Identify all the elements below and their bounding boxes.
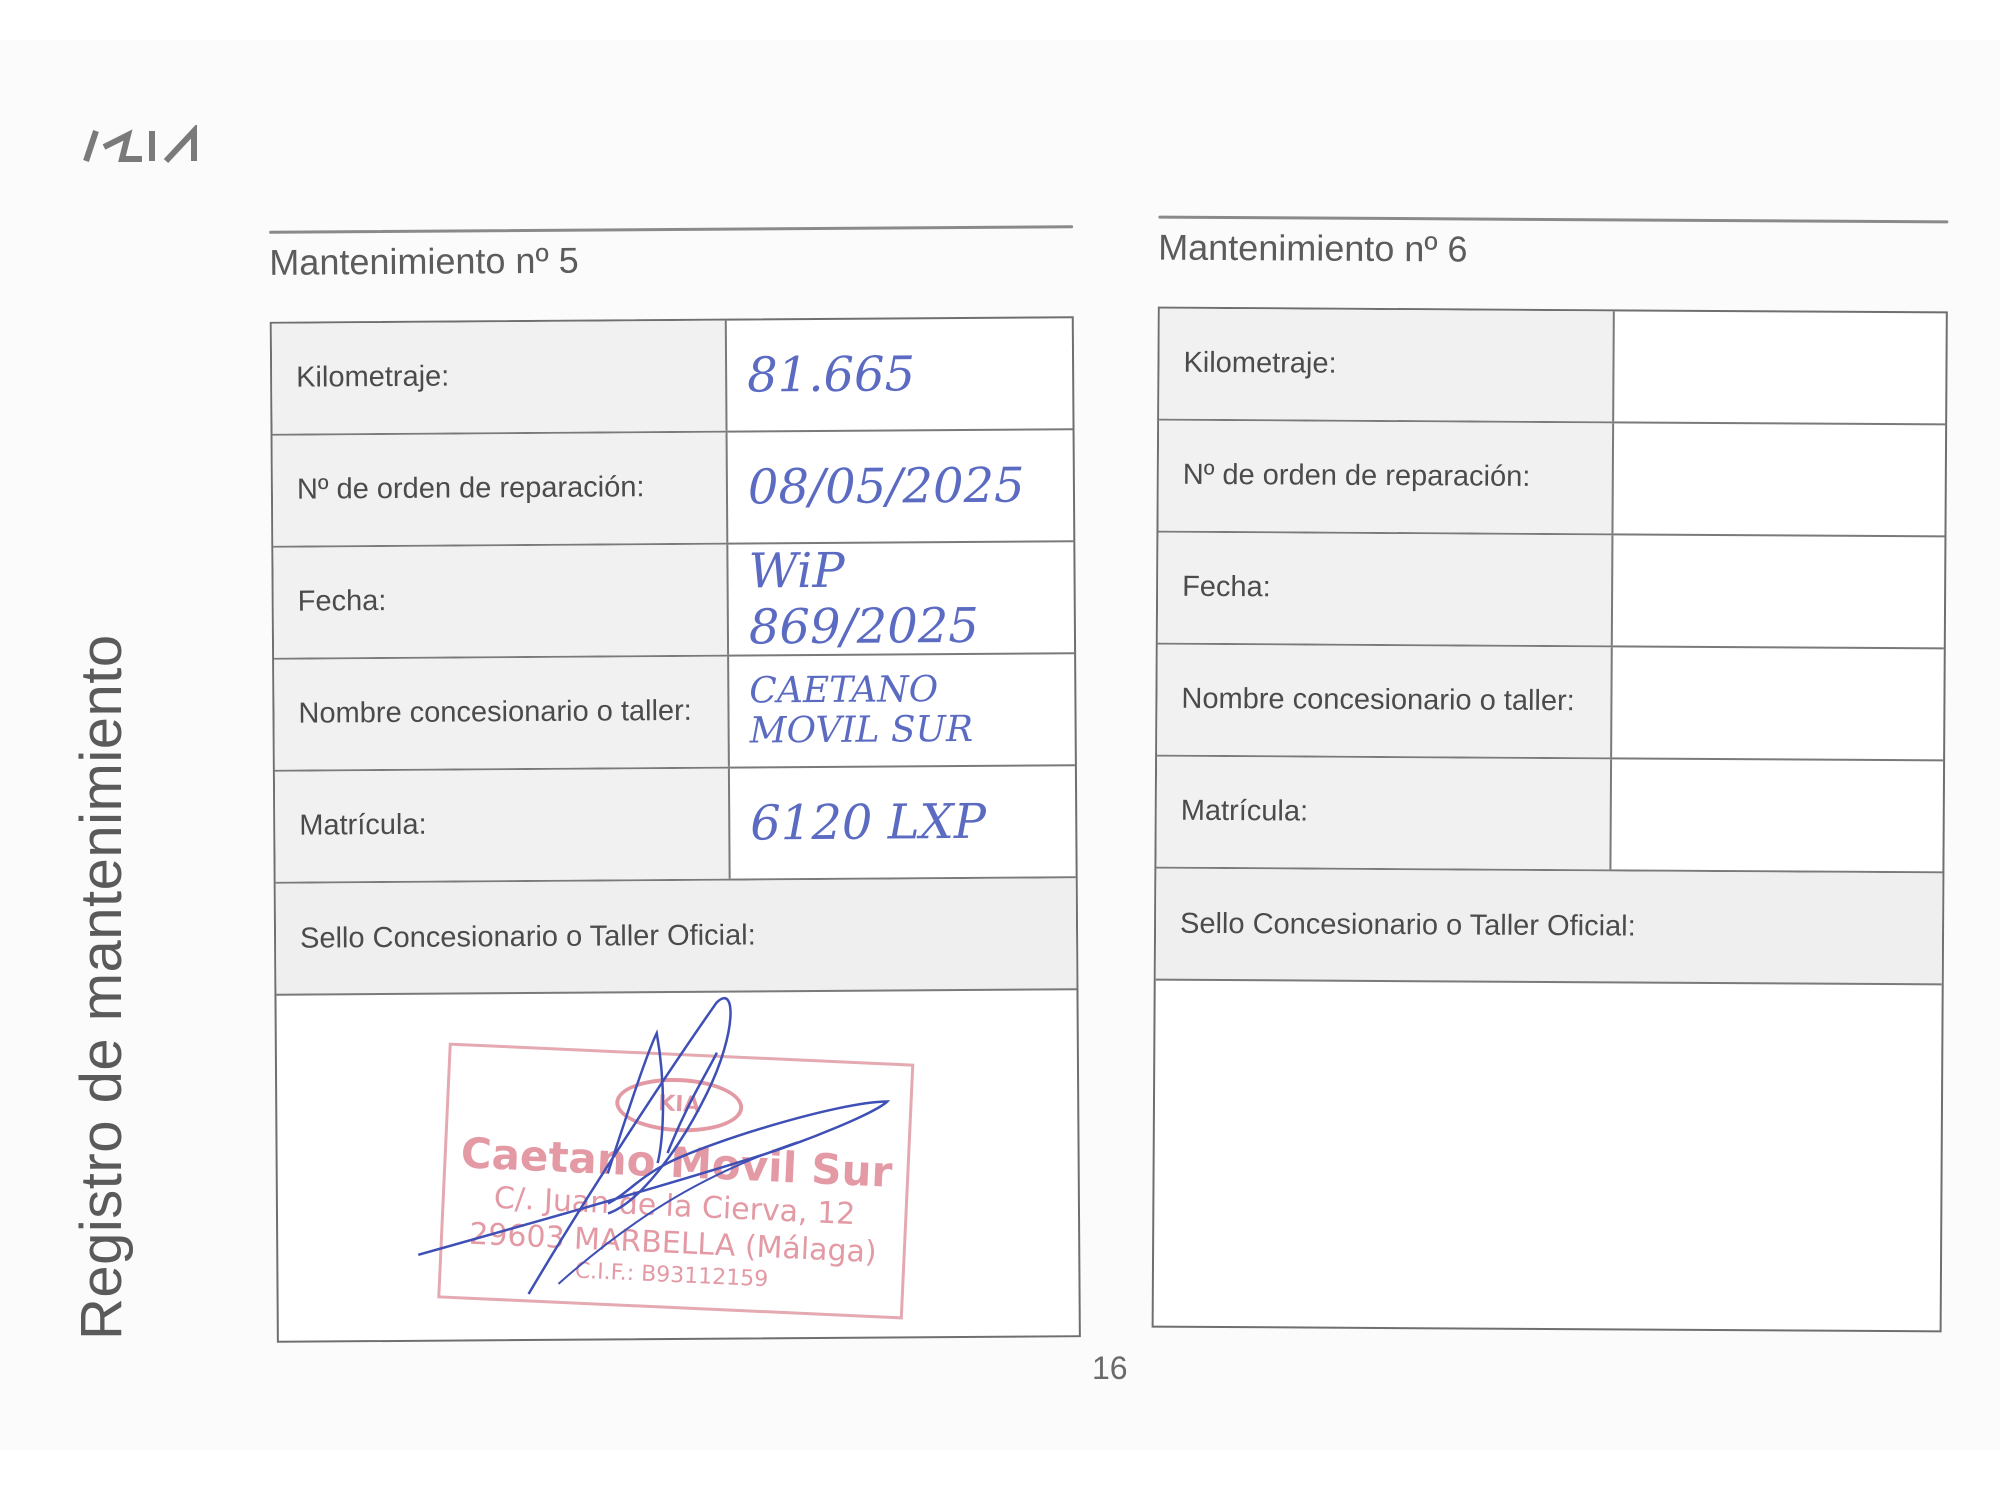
stamp-label: Sello Concesionario o Taller Oficial: <box>1156 869 1943 986</box>
side-title: Registro de mantenimiento <box>68 634 135 1340</box>
signature-icon <box>406 991 928 1325</box>
field-value-matricula[interactable] <box>1611 759 1943 871</box>
field-label: Kilometraje: <box>272 321 728 434</box>
field-label: Nombre concesionario o taller: <box>274 657 730 770</box>
stamp-area: KIA Caetano Movil Sur C/. Juan de la Cie… <box>276 990 1078 1341</box>
form-row-kilometraje: Kilometraje: 81.665 <box>272 318 1073 436</box>
form-row-kilometraje: Kilometraje: <box>1159 309 1946 426</box>
field-label: Fecha: <box>273 545 729 658</box>
form-row-taller: Nombre concesionario o taller: CAETANO M… <box>274 654 1075 772</box>
maintenance-form-5: Kilometraje: 81.665 Nº de orden de repar… <box>270 316 1081 1343</box>
form-row-fecha: Fecha: <box>1158 533 1945 650</box>
form-row-matricula: Matrícula: <box>1156 757 1943 874</box>
kia-logo-icon <box>82 125 222 165</box>
field-value-matricula[interactable]: 6120 LXP <box>730 766 1076 878</box>
maintenance-section-6: Mantenimiento nº 6 Kilometraje: Nº de or… <box>1152 216 1949 1333</box>
section-title: Mantenimiento nº 5 <box>269 236 1073 284</box>
field-label: Nº de orden de reparación: <box>273 433 729 546</box>
field-value-kilometraje[interactable] <box>1614 311 1946 423</box>
form-row-matricula: Matrícula: 6120 LXP <box>275 766 1076 884</box>
form-row-orden: Nº de orden de reparación: 08/05/2025 <box>273 430 1074 548</box>
field-label: Nombre concesionario o taller: <box>1157 645 1613 758</box>
field-value-taller[interactable]: CAETANO MOVIL SUR <box>729 654 1075 766</box>
form-row-taller: Nombre concesionario o taller: <box>1157 645 1944 762</box>
section-title: Mantenimiento nº 6 <box>1158 227 1948 274</box>
field-value-orden[interactable] <box>1613 423 1945 535</box>
field-label: Matrícula: <box>1156 757 1612 870</box>
form-row-fecha: Fecha: WiP 869/2025 <box>273 542 1074 660</box>
field-label: Kilometraje: <box>1159 309 1615 422</box>
field-label: Matrícula: <box>275 769 731 882</box>
taller-line-2: MOVIL SUR <box>749 710 973 751</box>
maintenance-form-6: Kilometraje: Nº de orden de reparación: … <box>1152 307 1948 1333</box>
stamp-area[interactable] <box>1154 981 1942 1331</box>
field-value-orden[interactable]: 08/05/2025 <box>728 430 1074 542</box>
field-label: Nº de orden de reparación: <box>1158 421 1614 534</box>
field-value-fecha[interactable] <box>1613 535 1945 647</box>
scan-margin <box>0 1455 2000 1500</box>
page-number: 16 <box>1092 1350 1128 1387</box>
field-value-taller[interactable] <box>1612 647 1944 759</box>
taller-line-1: CAETANO <box>749 671 938 712</box>
field-value-fecha[interactable]: WiP 869/2025 <box>728 542 1074 654</box>
field-label: Fecha: <box>1158 533 1614 646</box>
field-value-kilometraje[interactable]: 81.665 <box>727 318 1073 430</box>
form-row-orden: Nº de orden de reparación: <box>1158 421 1945 538</box>
maintenance-section-5: Mantenimiento nº 5 Kilometraje: 81.665 N… <box>269 225 1081 1343</box>
stamp-label: Sello Concesionario o Taller Oficial: <box>276 878 1077 996</box>
